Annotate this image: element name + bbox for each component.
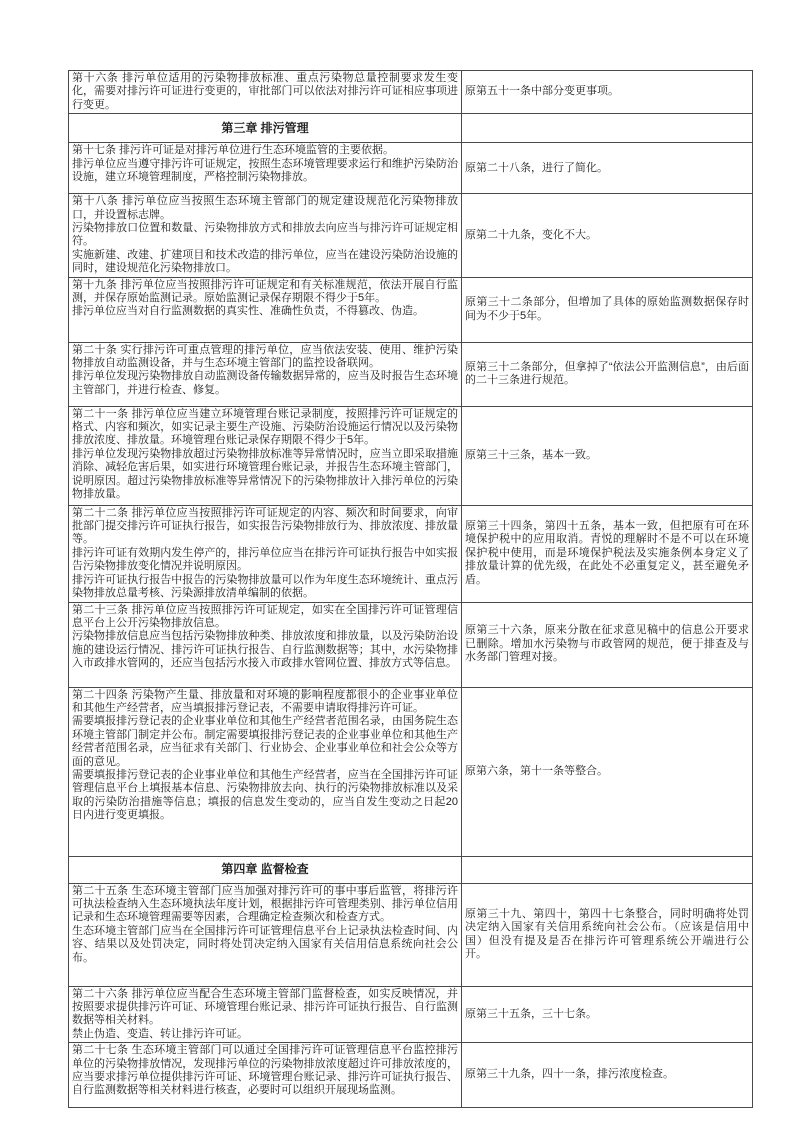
table-row: 第十八条 排污单位应当按照生态环境主管部门的规定建设规范化污染物排放口，并设置标… [69,194,753,277]
table-body: 第十六条 排污单位适用的污染物排放标准、重点污染物总量控制要求发生变化，需要对排… [69,71,753,1108]
comment-cell [462,114,753,143]
comment-cell [462,856,753,883]
comment-cell: 原第五十一条中部分变更事项。 [462,71,753,114]
article-text-cell: 第十九条 排污单位应当按照排污许可证规定和有关标准规范，依法开展自行监测，并保存… [69,277,462,342]
article-text-cell: 第二十一条 排污单位应当建立环境管理台账记录制度，按照排污许可证规定的格式、内容… [69,406,462,505]
chapter-heading-row: 第三章 排污管理 [69,114,753,143]
table-row: 第十七条 排污许可证是对排污单位进行生态环境监管的主要依据。 排污单位应当遵守排… [69,143,753,194]
table-row: 第二十三条 排污单位应当按照排污许可证规定，如实在全国排污许可证管理信息平台上公… [69,602,753,687]
table-row: 第二十一条 排污单位应当建立环境管理台账记录制度，按照排污许可证规定的格式、内容… [69,406,753,505]
table-row: 第二十七条 生态环境主管部门可以通过全国排污许可证管理信息平台监控排污单位的污染… [69,1043,753,1108]
table-row: 第二十五条 生态环境主管部门应当加强对排污许可的事中事后监管，将排污许可执法检查… [69,883,753,986]
article-text-cell: 第二十五条 生态环境主管部门应当加强对排污许可的事中事后监管，将排污许可执法检查… [69,883,462,986]
article-text-cell: 第二十六条 排污单位应当配合生态环境主管部门监督检查，如实反映情况，并按照要求提… [69,986,462,1043]
comment-cell: 原第三十二条部分，但拿掉了“依法公开监测信息”，由后面的二十三条进行规范。 [462,342,753,406]
comment-cell: 原第三十九、第四十，第四十七条整合，同时明确将处罚决定纳入国家有关信用系统向社会… [462,883,753,986]
comment-cell: 原第三十五条，三十七条。 [462,986,753,1043]
comment-cell: 原第二十九条，变化不大。 [462,194,753,277]
document-page: 第十六条 排污单位适用的污染物排放标准、重点污染物总量控制要求发生变化，需要对排… [0,0,800,1131]
article-text-cell: 第二十四条 污染物产生量、排放量和对环境的影响程度都很小的企业事业单位和其他生产… [69,687,462,856]
chapter-title-cell: 第四章 监督检查 [69,856,462,883]
comment-cell: 原第三十三条，基本一致。 [462,406,753,505]
table-row: 第二十二条 排污单位应当按照排污许可证规定的内容、频次和时间要求，向审批部门提交… [69,505,753,602]
comment-cell: 原第三十四条，第四十五条，基本一致，但把原有可在环境保护税中的应用取消。青悦的理… [462,505,753,602]
article-text-cell: 第二十二条 排污单位应当按照排污许可证规定的内容、频次和时间要求，向审批部门提交… [69,505,462,602]
article-text-cell: 第二十三条 排污单位应当按照排污许可证规定，如实在全国排污许可证管理信息平台上公… [69,602,462,687]
article-text-cell: 第二十七条 生态环境主管部门可以通过全国排污许可证管理信息平台监控排污单位的污染… [69,1043,462,1108]
comment-cell: 原第二十八条，进行了简化。 [462,143,753,194]
article-text-cell: 第十七条 排污许可证是对排污单位进行生态环境监管的主要依据。 排污单位应当遵守排… [69,143,462,194]
comment-cell: 原第三十六条，原来分散在征求意见稿中的信息公开要求已删除。增加水污染物与市政管网… [462,602,753,687]
chapter-heading-row: 第四章 监督检查 [69,856,753,883]
comment-cell: 原第三十二条部分，但增加了具体的原始监测数据保存时间为不少于5年。 [462,277,753,342]
comment-cell: 原第六条，第十一条等整合。 [462,687,753,856]
table-row: 第二十条 实行排污许可重点管理的排污单位，应当依法安装、使用、维护污染物排放自动… [69,342,753,406]
table-row: 第二十六条 排污单位应当配合生态环境主管部门监督检查，如实反映情况，并按照要求提… [69,986,753,1043]
comment-cell: 原第三十九条，四十一条，排污浓度检查。 [462,1043,753,1108]
table-row: 第十六条 排污单位适用的污染物排放标准、重点污染物总量控制要求发生变化，需要对排… [69,71,753,114]
article-text-cell: 第十八条 排污单位应当按照生态环境主管部门的规定建设规范化污染物排放口，并设置标… [69,194,462,277]
table-row: 第十九条 排污单位应当按照排污许可证规定和有关标准规范，依法开展自行监测，并保存… [69,277,753,342]
table-row: 第二十四条 污染物产生量、排放量和对环境的影响程度都很小的企业事业单位和其他生产… [69,687,753,856]
article-text-cell: 第十六条 排污单位适用的污染物排放标准、重点污染物总量控制要求发生变化，需要对排… [69,71,462,114]
article-text-cell: 第二十条 实行排污许可重点管理的排污单位，应当依法安装、使用、维护污染物排放自动… [69,342,462,406]
chapter-title-cell: 第三章 排污管理 [69,114,462,143]
regulation-comparison-table: 第十六条 排污单位适用的污染物排放标准、重点污染物总量控制要求发生变化，需要对排… [68,70,753,1108]
